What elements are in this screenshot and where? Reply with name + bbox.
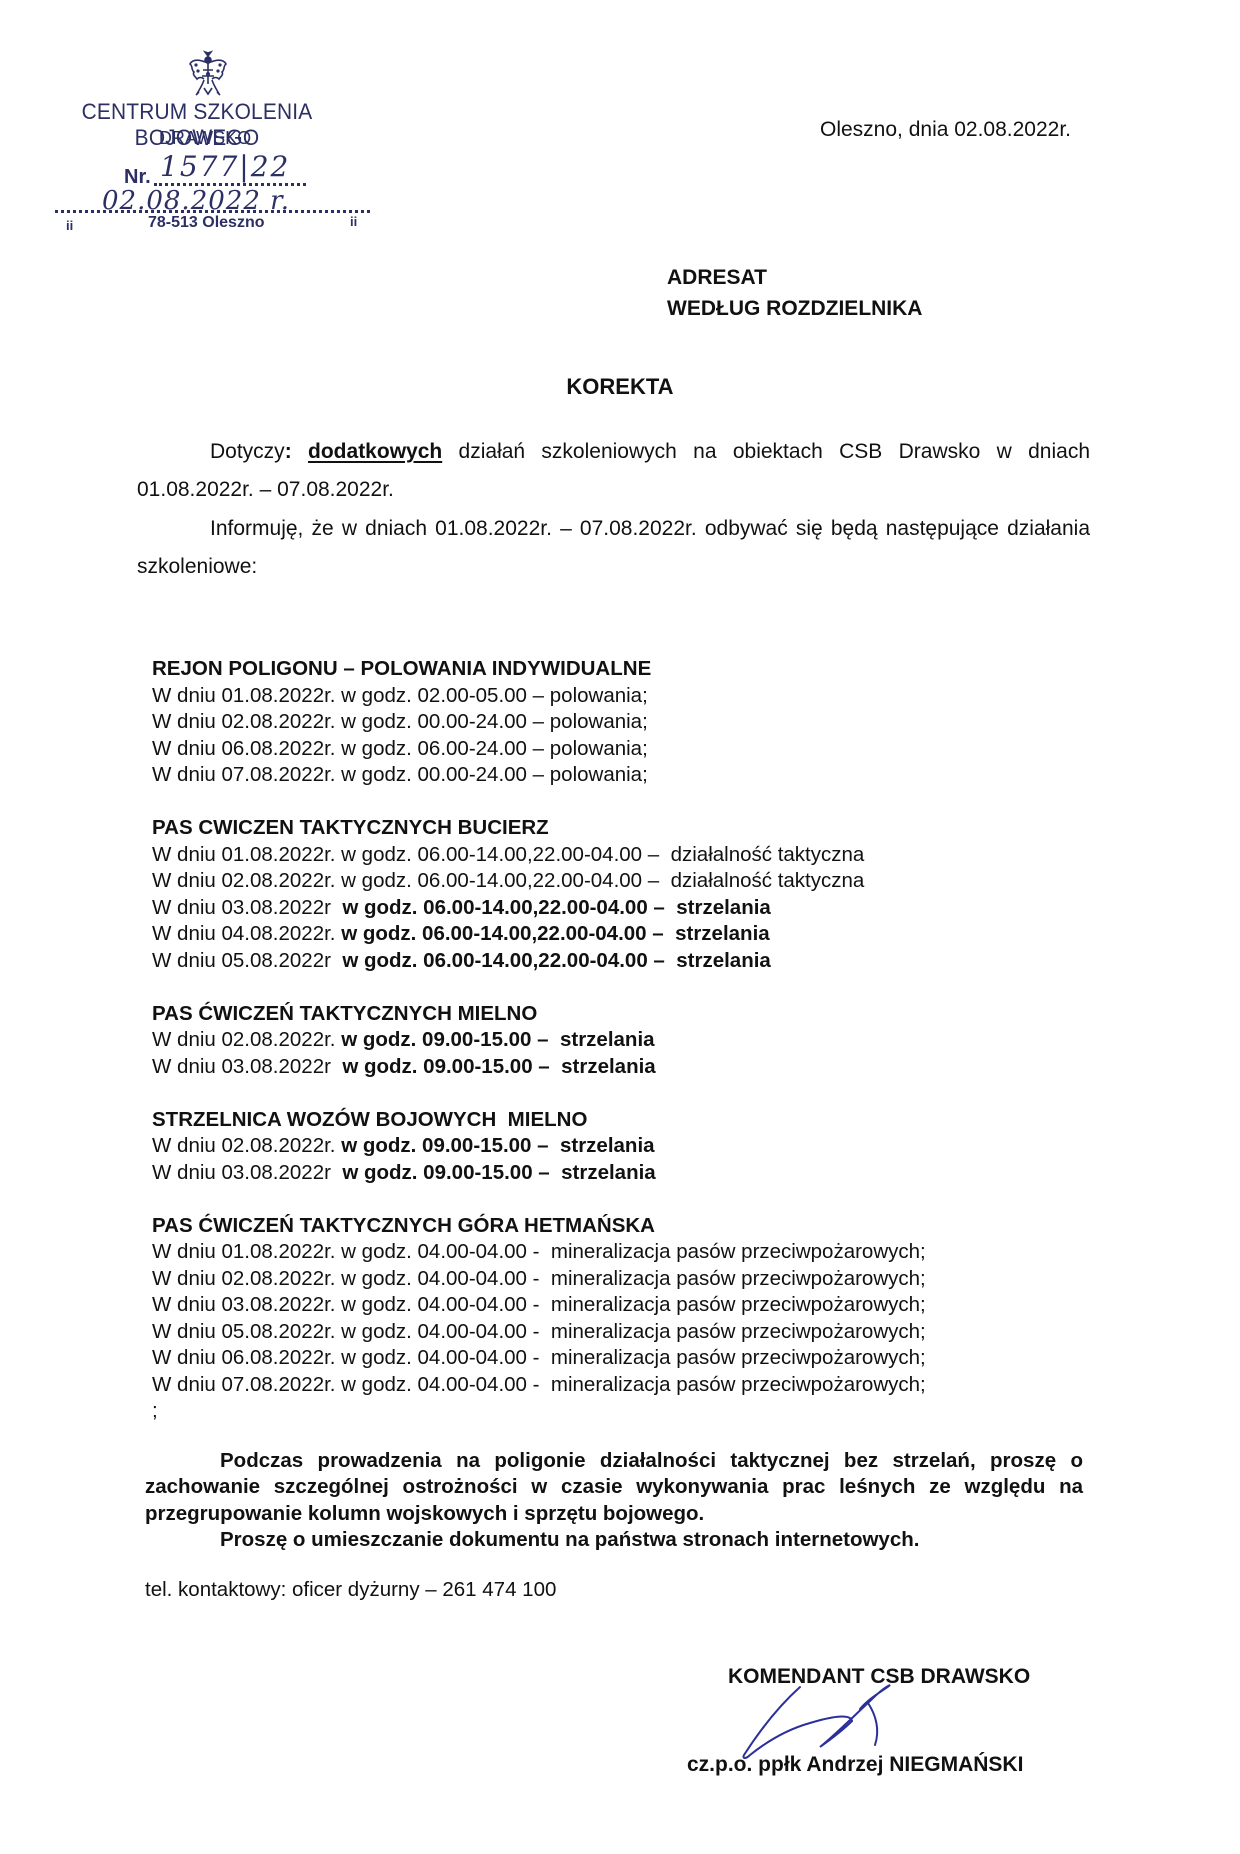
entry-hours: w godz. 06.00-14.00,22.00-04.00: [341, 922, 646, 945]
stamp-tick-left: ii: [66, 218, 73, 233]
schedule-entry: W dniu 02.08.2022r. w godz. 09.00-15.00 …: [152, 1027, 926, 1054]
entry-date: W dniu 02.08.2022r.: [152, 1028, 341, 1051]
signatory-name: cz.p.o. ppłk Andrzej NIEGMAŃSKI: [687, 1753, 1023, 1777]
entry-sep: –: [533, 1055, 562, 1078]
schedule-section: STRZELNICA WOZÓW BOJOWYCH MIELNOW dniu 0…: [152, 1107, 926, 1187]
schedule-entry: W dniu 03.08.2022r w godz. 06.00-14.00,2…: [152, 895, 926, 922]
entry-sep: -: [527, 1346, 551, 1369]
subject-emphasis: dodatkowych: [308, 440, 442, 463]
schedule-entry: W dniu 06.08.2022r. w godz. 06.00-24.00 …: [152, 736, 926, 763]
stamp-tick-right: ii: [350, 214, 357, 229]
schedule-entry: W dniu 01.08.2022r. w godz. 04.00-04.00 …: [152, 1239, 926, 1266]
entry-date: W dniu 07.08.2022r. w godz.: [152, 1373, 418, 1396]
entry-sep: –: [531, 1134, 560, 1157]
section-trailing-mark: ;: [152, 1398, 926, 1425]
schedule-entry: W dniu 01.08.2022r. w godz. 02.00-05.00 …: [152, 683, 926, 710]
schedule-section: PAS ĆWICZEŃ TAKTYCZNYCH GÓRA HETMAŃSKAW …: [152, 1213, 926, 1425]
stamp-postal-address: 78-513 Oleszno: [148, 214, 265, 232]
entry-hours: 04.00-04.00: [418, 1293, 527, 1316]
schedule-entry: W dniu 02.08.2022r. w godz. 04.00-04.00 …: [152, 1266, 926, 1293]
entry-activity: strzelania: [561, 1161, 656, 1184]
entry-activity: strzelania: [675, 922, 770, 945]
entry-activity: mineralizacja pasów przeciwpożarowych;: [551, 1373, 926, 1396]
entry-hours: 00.00-24.00: [418, 710, 527, 733]
entry-date: W dniu 03.08.2022r: [152, 1055, 342, 1078]
schedule-entry: W dniu 02.08.2022r. w godz. 06.00-14.00,…: [152, 868, 926, 895]
entry-sep: -: [527, 1320, 551, 1343]
entry-activity: mineralizacja pasów przeciwpożarowych;: [551, 1320, 926, 1343]
entry-activity: strzelania: [676, 896, 771, 919]
entry-activity: mineralizacja pasów przeciwpożarowych;: [551, 1267, 926, 1290]
entry-hours: w godz. 09.00-15.00: [342, 1055, 532, 1078]
info-paragraph: Informuję, że w dniach 01.08.2022r. – 07…: [137, 510, 1090, 587]
schedule-section: REJON POLIGONU – POLOWANIA INDYWIDUALNEW…: [152, 656, 926, 789]
entry-activity: polowania;: [550, 737, 648, 760]
entry-date: W dniu 02.08.2022r. w godz.: [152, 869, 418, 892]
polish-eagle-emblem-icon: [187, 50, 229, 98]
addressee-line-1: ADRESAT: [667, 262, 922, 293]
entry-date: W dniu 03.08.2022r: [152, 1161, 342, 1184]
closing-notice: Podczas prowadzenia na poligonie działal…: [145, 1448, 1083, 1553]
stamp-location: DRAWSKO: [45, 128, 365, 149]
entry-hours: 06.00-14.00,22.00-04.00: [418, 843, 643, 866]
entry-sep: -: [527, 1240, 551, 1263]
entry-activity: mineralizacja pasów przeciwpożarowych;: [551, 1240, 926, 1263]
subject-label: Dotyczy: [210, 440, 285, 463]
entry-sep: -: [527, 1267, 551, 1290]
addressee-line-2: WEDŁUG ROZDZIELNIKA: [667, 293, 922, 324]
schedule-entry: W dniu 07.08.2022r. w godz. 04.00-04.00 …: [152, 1372, 926, 1399]
schedule-section: PAS CWICZEN TAKTYCZNYCH BUCIERZW dniu 01…: [152, 815, 926, 974]
schedule-entry: W dniu 02.08.2022r. w godz. 09.00-15.00 …: [152, 1133, 926, 1160]
entry-sep: –: [527, 763, 550, 786]
entry-sep: –: [642, 843, 671, 866]
caution-paragraph: Podczas prowadzenia na poligonie działal…: [145, 1448, 1083, 1527]
entry-sep: –: [527, 684, 550, 707]
entry-date: W dniu 06.08.2022r. w godz.: [152, 737, 418, 760]
training-schedule: REJON POLIGONU – POLOWANIA INDYWIDUALNEW…: [152, 656, 926, 1451]
entry-hours: 00.00-24.00: [418, 763, 527, 786]
schedule-entry: W dniu 07.08.2022r. w godz. 00.00-24.00 …: [152, 762, 926, 789]
section-title: REJON POLIGONU – POLOWANIA INDYWIDUALNE: [152, 656, 926, 683]
section-title: PAS CWICZEN TAKTYCZNYCH BUCIERZ: [152, 815, 926, 842]
entry-activity: działalność taktyczna: [671, 843, 865, 866]
entry-hours: 04.00-04.00: [418, 1373, 527, 1396]
schedule-entry: W dniu 02.08.2022r. w godz. 00.00-24.00 …: [152, 709, 926, 736]
entry-activity: działalność taktyczna: [671, 869, 865, 892]
schedule-entry: W dniu 03.08.2022r w godz. 09.00-15.00 –…: [152, 1160, 926, 1187]
entry-sep: –: [531, 1028, 560, 1051]
addressee-block: ADRESAT WEDŁUG ROZDZIELNIKA: [667, 262, 922, 324]
stamp-date-dotted-line: [55, 206, 370, 213]
entry-activity: polowania;: [550, 763, 648, 786]
entry-hours: 06.00-24.00: [418, 737, 527, 760]
intro-paragraphs: Dotyczy: dodatkowych działań szkoleniowy…: [137, 433, 1090, 586]
subject-paragraph: Dotyczy: dodatkowych działań szkoleniowy…: [137, 433, 1090, 510]
entry-activity: strzelania: [560, 1028, 655, 1051]
entry-activity: strzelania: [560, 1134, 655, 1157]
entry-activity: polowania;: [550, 684, 648, 707]
entry-activity: strzelania: [676, 949, 771, 972]
entry-date: W dniu 01.08.2022r. w godz.: [152, 843, 418, 866]
entry-sep: –: [647, 922, 676, 945]
section-title: PAS ĆWICZEŃ TAKTYCZNYCH GÓRA HETMAŃSKA: [152, 1213, 926, 1240]
entry-date: W dniu 02.08.2022r. w godz.: [152, 1267, 418, 1290]
entry-date: W dniu 02.08.2022r.: [152, 1134, 341, 1157]
entry-sep: –: [648, 949, 677, 972]
entry-date: W dniu 01.08.2022r. w godz.: [152, 1240, 418, 1263]
entry-hours: w godz. 09.00-15.00: [342, 1161, 532, 1184]
contact-phone: tel. kontaktowy: oficer dyżurny – 261 47…: [145, 1578, 556, 1602]
section-title: PAS ĆWICZEŃ TAKTYCZNYCH MIELNO: [152, 1001, 926, 1028]
entry-hours: 04.00-04.00: [418, 1267, 527, 1290]
entry-activity: mineralizacja pasów przeciwpożarowych;: [551, 1346, 926, 1369]
document-title: KOREKTA: [0, 374, 1240, 400]
schedule-entry: W dniu 03.08.2022r. w godz. 04.00-04.00 …: [152, 1292, 926, 1319]
entry-sep: –: [527, 737, 550, 760]
schedule-entry: W dniu 05.08.2022r w godz. 06.00-14.00,2…: [152, 948, 926, 975]
entry-activity: strzelania: [561, 1055, 656, 1078]
entry-hours: 02.00-05.00: [418, 684, 527, 707]
stamp-number-handwritten: 1577|22: [160, 150, 290, 183]
entry-hours: w godz. 09.00-15.00: [341, 1134, 531, 1157]
entry-date: W dniu 05.08.2022r: [152, 949, 342, 972]
schedule-entry: W dniu 06.08.2022r. w godz. 04.00-04.00 …: [152, 1345, 926, 1372]
entry-activity: mineralizacja pasów przeciwpożarowych;: [551, 1293, 926, 1316]
entry-sep: -: [527, 1293, 551, 1316]
entry-date: W dniu 04.08.2022r.: [152, 922, 341, 945]
entry-date: W dniu 03.08.2022r. w godz.: [152, 1293, 418, 1316]
publish-request: Proszę o umieszczanie dokumentu na państ…: [145, 1527, 1083, 1553]
subject-colon: :: [285, 440, 292, 463]
schedule-entry: W dniu 04.08.2022r. w godz. 06.00-14.00,…: [152, 921, 926, 948]
entry-date: W dniu 06.08.2022r. w godz.: [152, 1346, 418, 1369]
entry-hours: w godz. 06.00-14.00,22.00-04.00: [342, 949, 647, 972]
entry-sep: –: [642, 869, 671, 892]
entry-date: W dniu 07.08.2022r. w godz.: [152, 763, 418, 786]
entry-sep: –: [648, 896, 677, 919]
entry-sep: -: [527, 1373, 551, 1396]
entry-activity: polowania;: [550, 710, 648, 733]
place-and-date: Oleszno, dnia 02.08.2022r.: [820, 118, 1071, 142]
entry-sep: –: [533, 1161, 562, 1184]
schedule-entry: W dniu 05.08.2022r. w godz. 04.00-04.00 …: [152, 1319, 926, 1346]
schedule-entry: W dniu 01.08.2022r. w godz. 06.00-14.00,…: [152, 842, 926, 869]
entry-date: W dniu 03.08.2022r: [152, 896, 342, 919]
entry-hours: 04.00-04.00: [418, 1346, 527, 1369]
entry-hours: w godz. 09.00-15.00: [341, 1028, 531, 1051]
entry-date: W dniu 01.08.2022r. w godz.: [152, 684, 418, 707]
schedule-section: PAS ĆWICZEŃ TAKTYCZNYCH MIELNOW dniu 02.…: [152, 1001, 926, 1081]
entry-hours: 04.00-04.00: [418, 1320, 527, 1343]
entry-sep: –: [527, 710, 550, 733]
entry-date: W dniu 02.08.2022r. w godz.: [152, 710, 418, 733]
entry-hours: w godz. 06.00-14.00,22.00-04.00: [342, 896, 647, 919]
entry-hours: 06.00-14.00,22.00-04.00: [418, 869, 643, 892]
entry-hours: 04.00-04.00: [418, 1240, 527, 1263]
schedule-entry: W dniu 03.08.2022r w godz. 09.00-15.00 –…: [152, 1054, 926, 1081]
entry-date: W dniu 05.08.2022r. w godz.: [152, 1320, 418, 1343]
section-title: STRZELNICA WOZÓW BOJOWYCH MIELNO: [152, 1107, 926, 1134]
